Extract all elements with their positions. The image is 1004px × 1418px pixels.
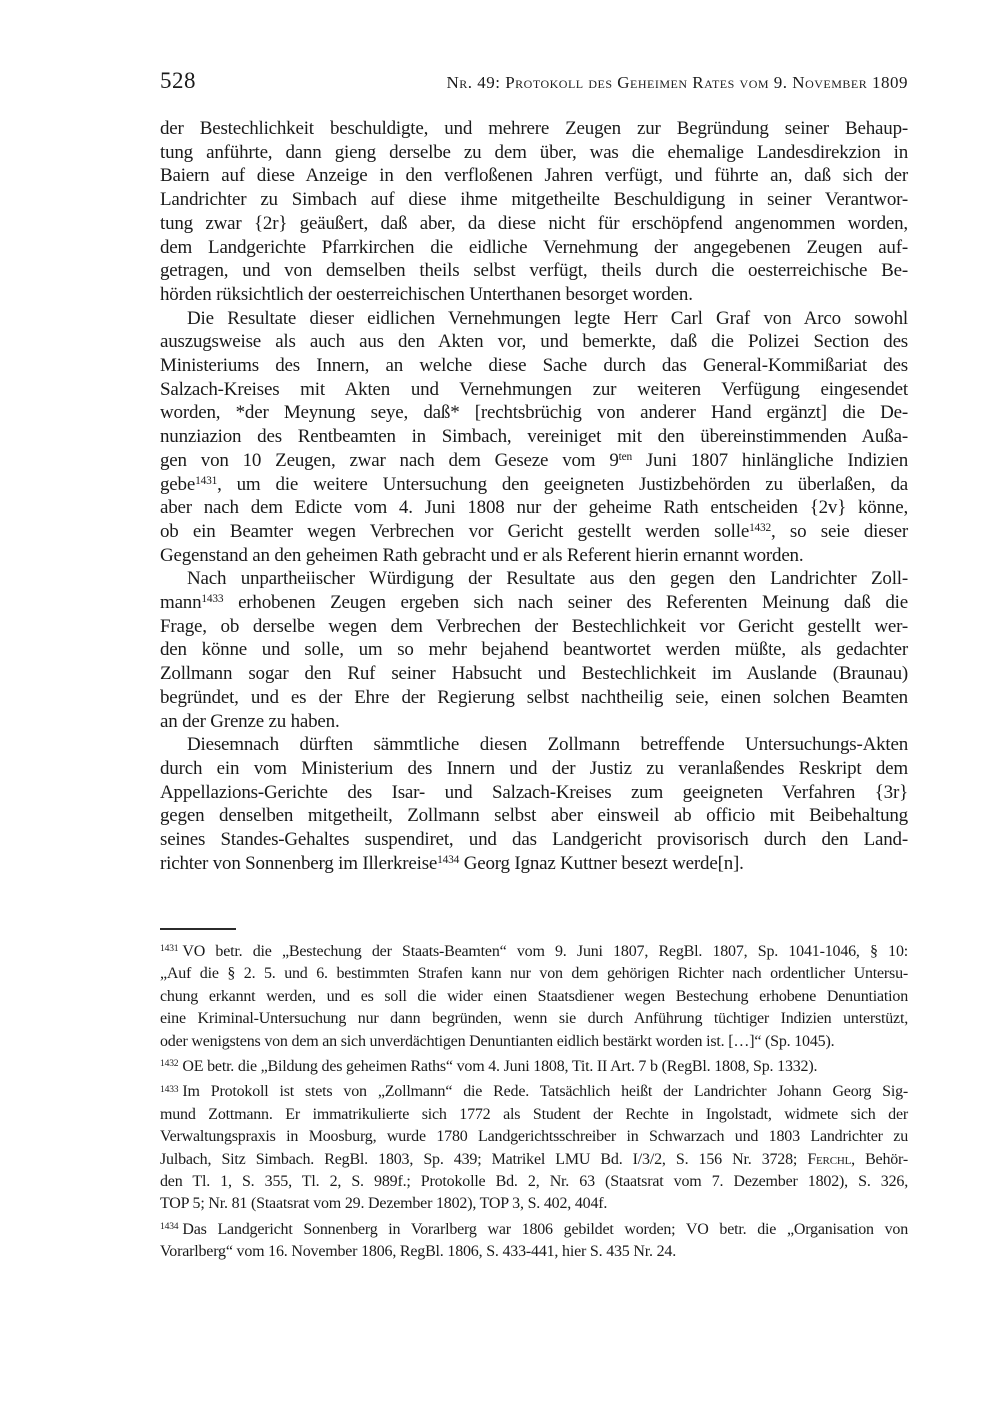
text-line: mund Zottmann. Er immatrikulierte sich 1… (160, 1104, 908, 1126)
text-line: getragen, und von demselben theils selbs… (160, 259, 908, 283)
running-header: Nr. 49: Protokoll des Geheimen Rates vom… (446, 73, 908, 93)
text-line: ob ein Beamter wegen Verbrechen vor Geri… (160, 520, 908, 544)
document-page: 528 Nr. 49: Protokoll des Geheimen Rates… (0, 0, 1004, 1418)
text-line: 1433Im Protokoll ist stets von „Zollmann… (160, 1081, 908, 1103)
text-segment: nunziazion des Rentbeamten in Simbach, v… (160, 426, 908, 447)
text-line: aber nach dem Edicte vom 4. Juni 1808 nu… (160, 496, 908, 520)
body-text: der Bestechlichkeit beschuldigte, und me… (160, 117, 908, 876)
text-segment: gen von 10 Zeugen, zwar nach dem Geseze … (160, 450, 619, 471)
text-line: 1432OE betr. die „Bildung des geheimen R… (160, 1056, 908, 1078)
text-segment: den könne und solle, um so mehr bejahend… (160, 639, 908, 660)
text-segment: begründet, und es der Ehre der Regierung… (160, 687, 908, 708)
footnote-marker: 1431 (160, 943, 178, 954)
text-line: Vorarlberg“ vom 16. November 1806, RegBl… (160, 1241, 908, 1263)
text-segment: Die Resultate dieser eidlichen Vernehmun… (187, 308, 908, 329)
text-line: Diesemnach dürften sämmtliche diesen Zol… (160, 733, 908, 757)
text-line: gen von 10 Zeugen, zwar nach dem Geseze … (160, 449, 908, 473)
text-line: den Tl. 1, S. 355, Tl. 2, S. 989f.; Prot… (160, 1171, 908, 1193)
text-segment: Diesemnach dürften sämmtliche diesen Zol… (187, 734, 908, 755)
text-line: tung anführte, dann gieng derselbe zu de… (160, 141, 908, 165)
text-segment: , Behör- (851, 1151, 908, 1168)
page-number: 528 (160, 68, 196, 94)
text-segment: hörden rüksichtlich der oesterreichische… (160, 284, 693, 305)
text-line: „Auf die § 2. 5. und 6. bestimmten Straf… (160, 963, 908, 985)
text-segment: Nach unpartheiischer Würdigung der Resul… (187, 568, 908, 589)
text-segment: Frage, ob derselbe wegen dem Verbrechen … (160, 616, 908, 637)
text-line: der Bestechlichkeit beschuldigte, und me… (160, 117, 908, 141)
text-line: worden, *der Meynung seye, daß* [rechtsb… (160, 401, 908, 425)
footnote-ref-superscript: 1432 (749, 522, 771, 534)
text-segment: durch ein vom Ministerium des Innern und… (160, 758, 908, 779)
text-segment: gebe (160, 474, 195, 495)
text-segment: Appellazions-Gerichte des Isar- und Salz… (160, 782, 908, 803)
text-line: mann1433 erhobenen Zeugen ergeben sich n… (160, 591, 908, 615)
text-segment: Das Landgericht Sonnenberg in Vorarlberg… (182, 1221, 908, 1238)
text-segment: an der Grenze zu haben. (160, 711, 340, 732)
footnote-ref-superscript: 1434 (437, 854, 459, 866)
text-segment: Juni 1807 hinlängliche Indizien (632, 450, 908, 471)
text-line: den könne und solle, um so mehr bejahend… (160, 638, 908, 662)
text-segment: mund Zottmann. Er immatrikulierte sich 1… (160, 1106, 908, 1123)
text-line: Verwaltungspraxis in Moosburg, wurde 178… (160, 1126, 908, 1148)
text-line: durch ein vom Ministerium des Innern und… (160, 757, 908, 781)
text-segment: getragen, und von demselben theils selbs… (160, 260, 908, 281)
text-line: nunziazion des Rentbeamten in Simbach, v… (160, 425, 908, 449)
text-segment: , so seie dieser (771, 521, 908, 542)
text-line: gegen denselben mitgetheilt, Zollmann se… (160, 804, 908, 828)
text-segment: „Auf die § 2. 5. und 6. bestimmten Straf… (160, 965, 908, 982)
text-segment: OE betr. die „Bildung des geheimen Raths… (182, 1058, 817, 1075)
text-segment: VO betr. die „Bestechung der Staats-Beam… (182, 943, 908, 960)
text-line: chung erkannt werden, und es soll die wi… (160, 986, 908, 1008)
text-segment: Julbach, Sitz Simbach. RegBl. 1803, Sp. … (160, 1151, 807, 1168)
text-segment: auszugsweise als auch aus den Akten vor,… (160, 331, 908, 352)
text-segment: Vorarlberg“ vom 16. November 1806, RegBl… (160, 1243, 676, 1260)
text-line: Landrichter zu Simbach auf diese ihme mi… (160, 188, 908, 212)
text-segment: , um die weitere Untersuchung den geeign… (217, 474, 908, 495)
text-line: Die Resultate dieser eidlichen Vernehmun… (160, 307, 908, 331)
text-line: eine Kriminal-Untersuchung nur dann begr… (160, 1008, 908, 1030)
page-header: 528 Nr. 49: Protokoll des Geheimen Rates… (160, 68, 908, 94)
footnote-marker: 1434 (160, 1221, 178, 1232)
text-segment: der Bestechlichkeit beschuldigte, und me… (160, 118, 908, 139)
footnote-ref-superscript: 1431 (195, 475, 217, 487)
text-line: Ministeriums des Innern, an welche diese… (160, 354, 908, 378)
text-segment: Salzach-Kreises mit Akten und Vernehmung… (160, 379, 908, 400)
text-line: begründet, und es der Ehre der Regierung… (160, 686, 908, 710)
footnote-item: 1433Im Protokoll ist stets von „Zollmann… (160, 1081, 908, 1215)
footnote-item: 1431VO betr. die „Bestechung der Staats-… (160, 941, 908, 1053)
text-line: Frage, ob derselbe wegen dem Verbrechen … (160, 615, 908, 639)
text-segment: Ministeriums des Innern, an welche diese… (160, 355, 908, 376)
text-segment: aber nach dem Edicte vom 4. Juni 1808 nu… (160, 497, 908, 518)
text-segment: Georg Ignaz Kuttner besezt werde[n]. (459, 853, 744, 874)
text-line: an der Grenze zu haben. (160, 710, 908, 734)
text-segment: Verwaltungspraxis in Moosburg, wurde 178… (160, 1128, 908, 1145)
text-line: Salzach-Kreises mit Akten und Vernehmung… (160, 378, 908, 402)
text-segment: den Tl. 1, S. 355, Tl. 2, S. 989f.; Prot… (160, 1173, 908, 1190)
text-segment: Landrichter zu Simbach auf diese ihme mi… (160, 189, 908, 210)
text-segment: mann (160, 592, 201, 613)
footnote-ref-superscript: ten (619, 451, 632, 463)
text-segment: Ferchl (807, 1151, 851, 1168)
text-line: gebe1431, um die weitere Untersuchung de… (160, 473, 908, 497)
text-segment: worden, *der Meynung seye, daß* [rechtsb… (160, 402, 908, 423)
footnote-item: 1434Das Landgericht Sonnenberg in Vorarl… (160, 1219, 908, 1264)
text-segment: chung erkannt werden, und es soll die wi… (160, 988, 908, 1005)
text-line: richter von Sonnenberg im Illerkreise143… (160, 852, 908, 876)
footnote-ref-superscript: 1433 (201, 593, 223, 605)
footnote-marker: 1433 (160, 1084, 178, 1095)
text-segment: richter von Sonnenberg im Illerkreise (160, 853, 437, 874)
text-line: TOP 5; Nr. 81 (Staatsrat vom 29. Dezembe… (160, 1193, 908, 1215)
footnote-marker: 1432 (160, 1058, 178, 1069)
page-content: 528 Nr. 49: Protokoll des Geheimen Rates… (160, 0, 908, 1418)
text-segment: erhobenen Zeugen ergeben sich nach seine… (223, 592, 908, 613)
text-line: hörden rüksichtlich der oesterreichische… (160, 283, 908, 307)
text-segment: Zollmann sogar den Ruf seiner Habsucht u… (160, 663, 908, 684)
text-segment: Gegenstand an den geheimen Rath gebracht… (160, 545, 803, 566)
text-line: auszugsweise als auch aus den Akten vor,… (160, 330, 908, 354)
footnotes-section: 1431VO betr. die „Bestechung der Staats-… (160, 941, 908, 1267)
text-segment: tung anführte, dann gieng derselbe zu de… (160, 142, 908, 163)
text-line: dem Landgerichte Pfarrkirchen die eidlic… (160, 236, 908, 260)
text-segment: gegen denselben mitgetheilt, Zollmann se… (160, 805, 908, 826)
text-line: Baiern auf diese Anzeige in den verfloße… (160, 164, 908, 188)
text-segment: seines Standes-Gehaltes suspendiret, und… (160, 829, 908, 850)
footnote-item: 1432OE betr. die „Bildung des geheimen R… (160, 1056, 908, 1078)
text-line: Appellazions-Gerichte des Isar- und Salz… (160, 781, 908, 805)
text-segment: tung zwar {2r} geäußert, daß aber, da di… (160, 213, 908, 234)
text-line: oder wenigstens von dem an sich unverdäc… (160, 1031, 908, 1053)
text-line: Gegenstand an den geheimen Rath gebracht… (160, 544, 908, 568)
text-segment: dem Landgerichte Pfarrkirchen die eidlic… (160, 237, 908, 258)
text-line: seines Standes-Gehaltes suspendiret, und… (160, 828, 908, 852)
text-line: 1431VO betr. die „Bestechung der Staats-… (160, 941, 908, 963)
text-segment: Baiern auf diese Anzeige in den verfloße… (160, 165, 908, 186)
text-line: 1434Das Landgericht Sonnenberg in Vorarl… (160, 1219, 908, 1241)
text-segment: TOP 5; Nr. 81 (Staatsrat vom 29. Dezembe… (160, 1195, 607, 1212)
text-segment: oder wenigstens von dem an sich unverdäc… (160, 1033, 834, 1050)
text-segment: Im Protokoll ist stets von „Zollmann“ di… (182, 1083, 908, 1100)
text-segment: ob ein Beamter wegen Verbrechen vor Geri… (160, 521, 749, 542)
text-line: Zollmann sogar den Ruf seiner Habsucht u… (160, 662, 908, 686)
text-line: tung zwar {2r} geäußert, daß aber, da di… (160, 212, 908, 236)
footnote-separator (160, 928, 236, 930)
text-segment: eine Kriminal-Untersuchung nur dann begr… (160, 1010, 908, 1027)
text-line: Nach unpartheiischer Würdigung der Resul… (160, 567, 908, 591)
text-line: Julbach, Sitz Simbach. RegBl. 1803, Sp. … (160, 1149, 908, 1171)
